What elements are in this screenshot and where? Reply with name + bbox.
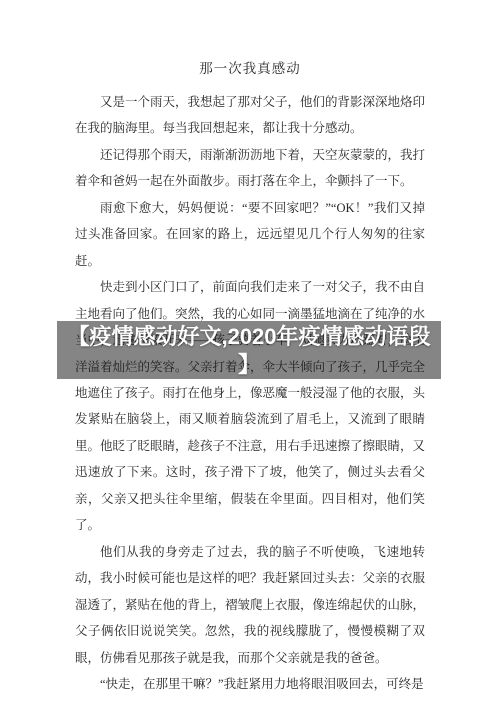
paragraph: “快走，在那里干嘛？”我赶紧用力地将眼泪吸回去，可终是 bbox=[75, 671, 425, 697]
paragraph: 又是一个雨天，我想起了那对父子，他们的背影深深地烙印在我的脑海里。每当我回想起来… bbox=[75, 89, 425, 142]
paragraph: 雨愈下愈大，妈妈便说：“要不回家吧？”“OK！”我们又掉过头准备回家。在回家的路… bbox=[75, 195, 425, 274]
paragraph: 还记得那个雨天，雨渐渐沥沥地下着，天空灰蒙蒙的，我打着伞和爸妈一起在外面散步。雨… bbox=[75, 142, 425, 195]
watermark-overlay-banner: 【疫情感动好文,2020年疫情感动语段 】 bbox=[57, 321, 441, 379]
document-page: 那一次我真感动 又是一个雨天，我想起了那对父子，他们的背影深深地烙印在我的脑海里… bbox=[0, 0, 500, 706]
overlay-title-text: 【疫情感动好文,2020年疫情感动语段 bbox=[67, 322, 430, 351]
paragraph: 快走到小区门口了，前面向我们走来了一对父子，我不由自主地看向了他们。突然，我的心… bbox=[75, 274, 425, 539]
document-title: 那一次我真感动 bbox=[0, 57, 500, 77]
document-body: 又是一个雨天，我想起了那对父子，他们的背影深深地烙印在我的脑海里。每当我回想起来… bbox=[75, 89, 425, 697]
paragraph: 他们从我的身旁走了过去，我的脑子不听使唤，飞速地转动，我小时候可能也是这样的吧？… bbox=[75, 539, 425, 671]
overlay-closing-bracket: 】 bbox=[238, 351, 260, 378]
